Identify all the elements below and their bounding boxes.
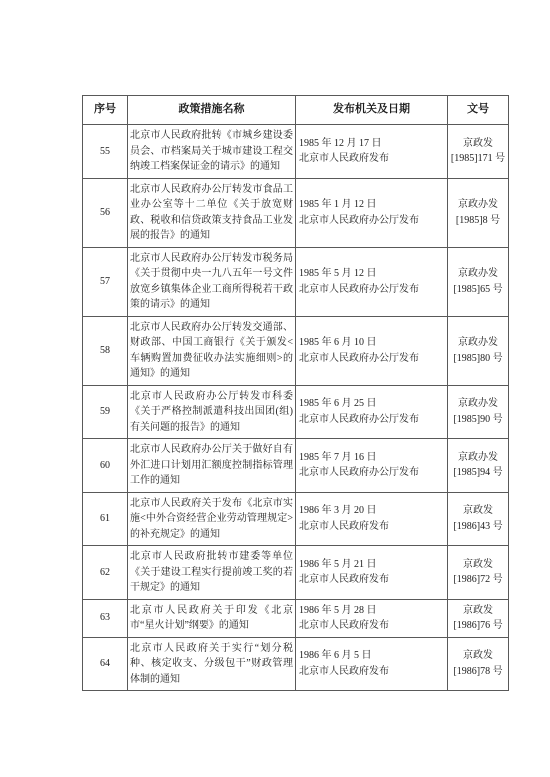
issue-date: 1985 年 6 月 25 日 — [299, 396, 445, 412]
doc-number-cell: 京政办发 [1985]90 号 — [448, 385, 509, 439]
issue-date: 1985 年 12 月 17 日 — [299, 136, 445, 152]
doc-number-value: [1986]72 号 — [450, 572, 506, 588]
table-row: 61 北京市人民政府关于发布《北京市实施<中外合资经营企业劳动管理规定>的补充规… — [83, 492, 509, 546]
table-row: 62 北京市人民政府批转市建委等单位《关于建设工程实行提前竣工奖的若干规定》的通… — [83, 546, 509, 600]
issue-org: 北京市人民政府办公厅发布 — [299, 351, 445, 367]
doc-number-cell: 京政发 [1986]76 号 — [448, 599, 509, 637]
serial-number-cell: 58 — [83, 316, 128, 385]
issue-org: 北京市人民政府发布 — [299, 519, 445, 535]
issue-date: 1985 年 5 月 12 日 — [299, 266, 445, 282]
table-header: 序号 政策措施名称 发布机关及日期 文号 — [83, 96, 509, 125]
issue-org: 北京市人民政府办公厅发布 — [299, 412, 445, 428]
issue-org: 北京市人民政府发布 — [299, 151, 445, 167]
doc-number-value: [1986]43 号 — [450, 519, 506, 535]
policy-name-cell: 北京市人民政府关于发布《北京市实施<中外合资经营企业劳动管理规定>的补充规定》的… — [128, 492, 296, 546]
issue-org: 北京市人民政府办公厅发布 — [299, 282, 445, 298]
doc-number-prefix: 京政发 — [450, 603, 506, 619]
doc-number-prefix: 京政办发 — [450, 197, 506, 213]
doc-number-value: [1986]78 号 — [450, 664, 506, 680]
issue-org: 北京市人民政府发布 — [299, 664, 445, 680]
table-row: 59 北京市人民政府办公厅转发市科委《关于严格控制派遣科技出国团(组)有关问题的… — [83, 385, 509, 439]
header-cell-policy-name: 政策措施名称 — [128, 96, 296, 125]
doc-number-prefix: 京政发 — [450, 557, 506, 573]
policy-name-cell: 北京市人民政府办公厅转发市科委《关于严格控制派遣科技出国团(组)有关问题的报告》… — [128, 385, 296, 439]
issue-org-date-cell: 1986 年 3 月 20 日 北京市人民政府发布 — [296, 492, 448, 546]
serial-number-cell: 64 — [83, 637, 128, 691]
doc-number-cell: 京政发 [1986]78 号 — [448, 637, 509, 691]
document-page: { "page": { "background": "#ffffff", "bo… — [0, 0, 550, 777]
issue-date: 1985 年 1 月 12 日 — [299, 197, 445, 213]
serial-number-cell: 61 — [83, 492, 128, 546]
issue-org: 北京市人民政府发布 — [299, 572, 445, 588]
issue-date: 1985 年 6 月 10 日 — [299, 335, 445, 351]
policy-name-cell: 北京市人民政府办公厅转发市税务局《关于贯彻中央一九八五年一号文件放宽乡镇集体企业… — [128, 247, 296, 316]
table-row: 63 北京市人民政府关于印发《北京市“星火计划”纲要》的通知 1986 年 5 … — [83, 599, 509, 637]
table-row: 57 北京市人民政府办公厅转发市税务局《关于贯彻中央一九八五年一号文件放宽乡镇集… — [83, 247, 509, 316]
doc-number-cell: 京政发 [1986]72 号 — [448, 546, 509, 600]
policy-name-cell: 北京市人民政府批转《市城乡建设委员会、市档案局关于城市建设工程交纳竣工档案保证金… — [128, 125, 296, 179]
issue-org-date-cell: 1985 年 1 月 12 日 北京市人民政府办公厅发布 — [296, 178, 448, 247]
serial-number-cell: 62 — [83, 546, 128, 600]
doc-number-prefix: 京政办发 — [450, 396, 506, 412]
header-cell-doc-number: 文号 — [448, 96, 509, 125]
issue-org: 北京市人民政府发布 — [299, 618, 445, 634]
issue-date: 1985 年 7 月 16 日 — [299, 450, 445, 466]
doc-number-cell: 京政办发 [1985]8 号 — [448, 178, 509, 247]
table-body: 55 北京市人民政府批转《市城乡建设委员会、市档案局关于城市建设工程交纳竣工档案… — [83, 125, 509, 691]
table-row: 55 北京市人民政府批转《市城乡建设委员会、市档案局关于城市建设工程交纳竣工档案… — [83, 125, 509, 179]
serial-number-cell: 63 — [83, 599, 128, 637]
doc-number-value: [1985]171 号 — [450, 151, 506, 167]
issue-org-date-cell: 1985 年 12 月 17 日 北京市人民政府发布 — [296, 125, 448, 179]
doc-number-value: [1985]80 号 — [450, 351, 506, 367]
policy-name-cell: 北京市人民政府办公厅关于做好自有外汇进口计划用汇额度控制指标管理工作的通知 — [128, 439, 296, 493]
serial-number-cell: 56 — [83, 178, 128, 247]
issue-org-date-cell: 1985 年 5 月 12 日 北京市人民政府办公厅发布 — [296, 247, 448, 316]
issue-org: 北京市人民政府办公厅发布 — [299, 213, 445, 229]
policy-name-cell: 北京市人民政府关于印发《北京市“星火计划”纲要》的通知 — [128, 599, 296, 637]
serial-number-cell: 59 — [83, 385, 128, 439]
doc-number-prefix: 京政发 — [450, 136, 506, 152]
doc-number-value: [1985]8 号 — [450, 213, 506, 229]
policy-name-cell: 北京市人民政府办公厅转发市食品工业办公室等十二单位《关于放宽财政、税收和信贷政策… — [128, 178, 296, 247]
issue-date: 1986 年 5 月 28 日 — [299, 603, 445, 619]
table-row: 56 北京市人民政府办公厅转发市食品工业办公室等十二单位《关于放宽财政、税收和信… — [83, 178, 509, 247]
issue-org-date-cell: 1985 年 6 月 10 日 北京市人民政府办公厅发布 — [296, 316, 448, 385]
issue-org-date-cell: 1985 年 6 月 25 日 北京市人民政府办公厅发布 — [296, 385, 448, 439]
issue-org-date-cell: 1986 年 5 月 28 日 北京市人民政府发布 — [296, 599, 448, 637]
doc-number-cell: 京政办发 [1985]80 号 — [448, 316, 509, 385]
doc-number-value: [1985]90 号 — [450, 412, 506, 428]
doc-number-prefix: 京政办发 — [450, 266, 506, 282]
issue-date: 1986 年 3 月 20 日 — [299, 503, 445, 519]
doc-number-prefix: 京政发 — [450, 503, 506, 519]
doc-number-cell: 京政办发 [1985]94 号 — [448, 439, 509, 493]
issue-org-date-cell: 1985 年 7 月 16 日 北京市人民政府办公厅发布 — [296, 439, 448, 493]
issue-date: 1986 年 5 月 21 日 — [299, 557, 445, 573]
doc-number-cell: 京政发 [1986]43 号 — [448, 492, 509, 546]
table-row: 64 北京市人民政府关于实行“划分税种、核定收支、分级包干”财政管理体制的通知 … — [83, 637, 509, 691]
table-row: 60 北京市人民政府办公厅关于做好自有外汇进口计划用汇额度控制指标管理工作的通知… — [83, 439, 509, 493]
doc-number-cell: 京政发 [1985]171 号 — [448, 125, 509, 179]
issue-org: 北京市人民政府办公厅发布 — [299, 465, 445, 481]
doc-number-value: [1985]65 号 — [450, 282, 506, 298]
doc-number-value: [1986]76 号 — [450, 618, 506, 634]
table-row: 58 北京市人民政府办公厅转发交通部、财政部、中国工商银行《关于颁发<车辆购置加… — [83, 316, 509, 385]
serial-number-cell: 57 — [83, 247, 128, 316]
issue-org-date-cell: 1986 年 6 月 5 日 北京市人民政府发布 — [296, 637, 448, 691]
issue-date: 1986 年 6 月 5 日 — [299, 648, 445, 664]
serial-number-cell: 60 — [83, 439, 128, 493]
header-row: 序号 政策措施名称 发布机关及日期 文号 — [83, 96, 509, 125]
header-cell-serial: 序号 — [83, 96, 128, 125]
policy-name-cell: 北京市人民政府批转市建委等单位《关于建设工程实行提前竣工奖的若干规定》的通知 — [128, 546, 296, 600]
policy-name-cell: 北京市人民政府关于实行“划分税种、核定收支、分级包干”财政管理体制的通知 — [128, 637, 296, 691]
header-cell-issue-org-date: 发布机关及日期 — [296, 96, 448, 125]
doc-number-prefix: 京政办发 — [450, 450, 506, 466]
policy-measures-table: 序号 政策措施名称 发布机关及日期 文号 55 北京市人民政府批转《市城乡建设委… — [82, 95, 509, 691]
doc-number-prefix: 京政发 — [450, 648, 506, 664]
doc-number-cell: 京政办发 [1985]65 号 — [448, 247, 509, 316]
doc-number-prefix: 京政办发 — [450, 335, 506, 351]
policy-name-cell: 北京市人民政府办公厅转发交通部、财政部、中国工商银行《关于颁发<车辆购置加费征收… — [128, 316, 296, 385]
issue-org-date-cell: 1986 年 5 月 21 日 北京市人民政府发布 — [296, 546, 448, 600]
serial-number-cell: 55 — [83, 125, 128, 179]
doc-number-value: [1985]94 号 — [450, 465, 506, 481]
